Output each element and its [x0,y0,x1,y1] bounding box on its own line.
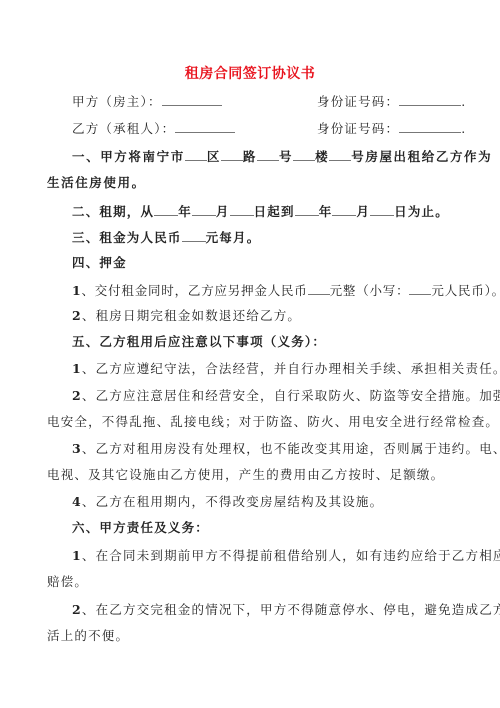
section-1-room: 号房屋出租给乙方作为 [351,149,492,164]
district-field[interactable] [185,148,207,161]
party-a-id-field[interactable] [399,93,461,106]
section-3-suffix: 元每月。 [206,230,261,245]
start-month-field[interactable] [192,203,216,216]
item-number: 1 [72,548,82,563]
road-field[interactable] [221,148,243,161]
end-day-label: 日为止。 [394,204,449,219]
item-text: 、在合同未到期前甲方不得提前租借给别人，如有违约应给于乙方相应的 [82,548,500,563]
party-b-id-end: . [461,121,466,136]
section-1-number: 号 [279,149,293,164]
start-day-field[interactable] [230,203,254,216]
section-6-item-1-cont: 赔偿。 [47,574,459,590]
section-5-item-1: 1、乙方应遵纪守法，合法经营，并自行办理相关手续、承担相关责任。 [72,361,460,377]
item-text: 、乙方在租用期内，不得改变房屋结构及其设施。 [82,494,383,509]
building-field[interactable] [293,148,315,161]
deposit-lower-field[interactable] [409,282,431,295]
item-number: 2 [72,602,82,617]
section-5-item-4: 4、乙方在租用期内，不得改变房屋结构及其设施。 [72,494,460,510]
section-6-item-2: 2、在乙方交完租金的情况下，甲方不得随意停水、停电，避免造成乙方生 [72,602,460,618]
deposit-amount-field[interactable] [308,282,330,295]
rent-amount-field[interactable] [182,229,206,242]
section-5-item-3: 3、乙方对租用房没有处理权，也不能改变其用途，否则属于违约。电、水、 [72,441,460,457]
party-a-id-label: 身份证号码： [317,94,399,109]
item-number: 3 [72,441,82,456]
document-title: 租房合同签订协议书 [0,63,500,83]
item-text: 、乙方应注意居住和经营安全，自行采取防火、防盗等安全措施。加强用 [82,388,500,403]
section-6-item-1: 1、在合同未到期前甲方不得提前租借给别人，如有违约应给于乙方相应的 [72,548,460,564]
end-year-label: 年 [319,204,333,219]
section-1-building: 楼 [315,149,329,164]
section-5-item-3-cont: 电视、及其它设施由乙方使用，产生的费用由乙方按时、足额缴。 [47,467,459,483]
number-field[interactable] [257,148,279,161]
item-text: 、乙方应遵纪守法，合法经营，并自行办理相关手续、承担相关责任。 [82,361,500,376]
section-1-district: 区 [207,149,221,164]
room-field[interactable] [329,148,351,161]
party-a-id-end: . [461,94,466,109]
section-6-item-2-cont: 活上的不便。 [47,628,459,644]
start-day-label: 日起到 [254,204,295,219]
section-3-line: 三、租金为人民币元每月。 [72,229,460,246]
item-number: 1 [72,361,82,376]
section-3-prefix: 三、租金为人民币 [72,230,182,245]
section-2-line: 二、租期，从年月日起到年月日为止。 [72,203,460,220]
party-b-id-field[interactable] [399,120,461,133]
section-1-prefix: 一、甲方将南宁市 [72,149,185,164]
section-5-item-2: 2、乙方应注意居住和经营安全，自行采取防火、防盗等安全措施。加强用 [72,388,460,404]
item-number: 2 [72,388,82,403]
deposit-text-b: 元整（小写： [330,283,410,298]
end-month-label: 月 [356,204,370,219]
party-a-id-line: 身份证号码：. [317,93,466,110]
party-b-id-label: 身份证号码： [317,121,399,136]
section-1-road: 路 [243,149,257,164]
item-number: 2 [72,308,82,323]
party-b-id-line: 身份证号码：. [317,120,466,137]
start-year-field[interactable] [154,203,178,216]
section-4-heading: 四、押金 [72,255,460,271]
section-1-line: 一、甲方将南宁市区路号楼号房屋出租给乙方作为 [72,148,460,165]
end-month-field[interactable] [332,203,356,216]
start-year-label: 年 [178,204,192,219]
section-1-cont: 生活住房使用。 [47,175,459,191]
party-b-label: 乙方（承租人）： [72,121,175,136]
deposit-text-c: 元人民币）。 [431,283,500,298]
section-4-item-2: 2、租房日期完租金如数退还给乙方。 [72,308,460,324]
item-text: 、租房日期完租金如数退还给乙方。 [82,308,301,323]
item-text: 、乙方对租用房没有处理权，也不能改变其用途，否则属于违约。电、水、 [82,441,500,456]
end-day-field[interactable] [370,203,394,216]
deposit-text-a: 、交付租金同时，乙方应另押金人民币 [82,283,308,298]
party-a-name-field[interactable] [162,93,222,106]
section-6-heading: 六、甲方责任及义务： [72,520,460,536]
party-a-label: 甲方（房主）： [72,94,162,109]
section-2-prefix: 二、租期，从 [72,204,154,219]
section-4-item-1: 1、交付租金同时，乙方应另押金人民币元整（小写：元人民币）。 [72,282,460,299]
start-month-label: 月 [216,204,230,219]
item-number: 1 [72,283,82,298]
section-5-item-2-cont: 电安全，不得乱拖、乱接电线；对于防盗、防火、用电安全进行经常检查。 [47,414,459,430]
section-5-heading: 五、乙方租用后应注意以下事项（义务）： [72,334,460,350]
party-b-name-field[interactable] [175,120,235,133]
end-year-field[interactable] [295,203,319,216]
item-number: 4 [72,494,82,509]
document-page: 租房合同签订协议书 甲方（房主）： 身份证号码：. 乙方（承租人）： 身份证号码… [0,0,500,708]
item-text: 、在乙方交完租金的情况下，甲方不得随意停水、停电，避免造成乙方生 [82,602,500,617]
